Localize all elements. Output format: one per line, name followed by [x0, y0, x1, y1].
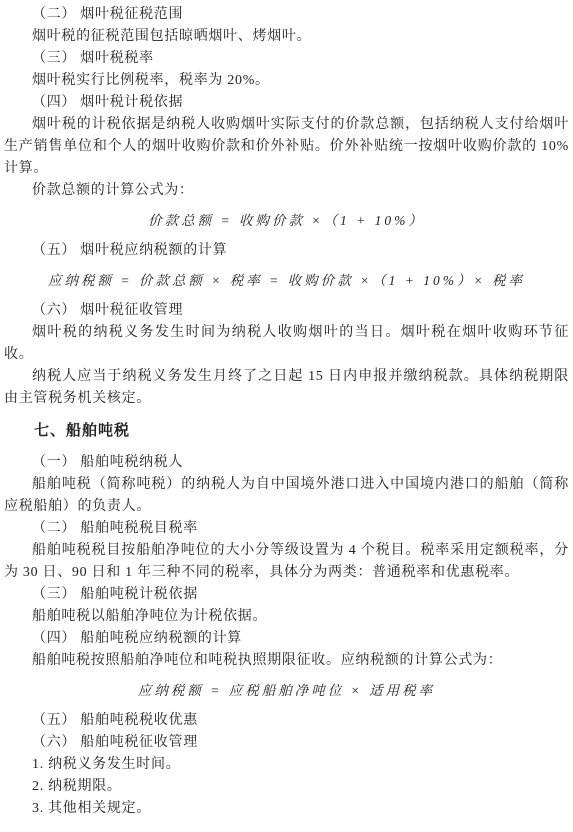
section-heading: （四） 船舶吨税应纳税额的计算 [4, 628, 569, 650]
list-item: 2. 纳税期限。 [4, 776, 569, 798]
section-heading: （五） 船舶吨税税收优惠 [4, 710, 569, 732]
formula-tax-payable: 应纳税额 = 价款总额 × 税率 = 收购价款 ×（1 + 10%）× 税率 [4, 270, 569, 292]
paragraph: 烟叶税的计税依据是纳税人收购烟叶实际支付的价款总额，包括纳税人支付给烟叶生产销售… [4, 114, 569, 180]
paragraph: 烟叶税实行比例税率，税率为 20%。 [4, 70, 569, 92]
list-item: 3. 其他相关规定。 [4, 798, 569, 820]
paragraph: 价款总额的计算公式为： [4, 180, 569, 202]
formula-tax-base: 价款总额 = 收购价款 ×（1 + 10%） [4, 210, 569, 232]
section-heading: （二） 烟叶税征税范围 [4, 4, 569, 26]
paragraph: 纳税人应当于纳税义务发生月终了之日起 15 日内申报并缴纳税款。具体纳税期限由主… [4, 366, 569, 410]
document-page: （二） 烟叶税征税范围 烟叶税的征税范围包括晾晒烟叶、烤烟叶。 （三） 烟叶税税… [0, 0, 573, 832]
list-item: 1. 纳税义务发生时间。 [4, 754, 569, 776]
section-heading: （六） 船舶吨税征收管理 [4, 732, 569, 754]
section-heading: （六） 烟叶税征收管理 [4, 300, 569, 322]
section-heading: （一） 船舶吨税纳税人 [4, 452, 569, 474]
formula-tonnage-tax: 应纳税额 = 应税船舶净吨位 × 适用税率 [4, 680, 569, 702]
section-heading: （二） 船舶吨税税目税率 [4, 518, 569, 540]
paragraph: 船舶吨税（简称吨税）的纳税人为自中国境外港口进入中国境内港口的船舶（简称应税船舶… [4, 474, 569, 518]
section-heading: （五） 烟叶税应纳税额的计算 [4, 240, 569, 262]
paragraph: 船舶吨税以船舶净吨位为计税依据。 [4, 606, 569, 628]
section-heading: （三） 烟叶税税率 [4, 48, 569, 70]
paragraph: 船舶吨税税目按船舶净吨位的大小分等级设置为 4 个税目。税率采用定额税率，分为 … [4, 540, 569, 584]
section-heading: （四） 烟叶税计税依据 [4, 92, 569, 114]
chapter-heading: 七、船舶吨税 [4, 420, 569, 442]
paragraph: 船舶吨税按照船舶净吨位和吨税执照期限征收。应纳税额的计算公式为： [4, 650, 569, 672]
paragraph: 烟叶税的纳税义务发生时间为纳税人收购烟叶的当日。烟叶税在烟叶收购环节征收。 [4, 322, 569, 366]
section-heading: （三） 船舶吨税计税依据 [4, 584, 569, 606]
paragraph: 烟叶税的征税范围包括晾晒烟叶、烤烟叶。 [4, 26, 569, 48]
